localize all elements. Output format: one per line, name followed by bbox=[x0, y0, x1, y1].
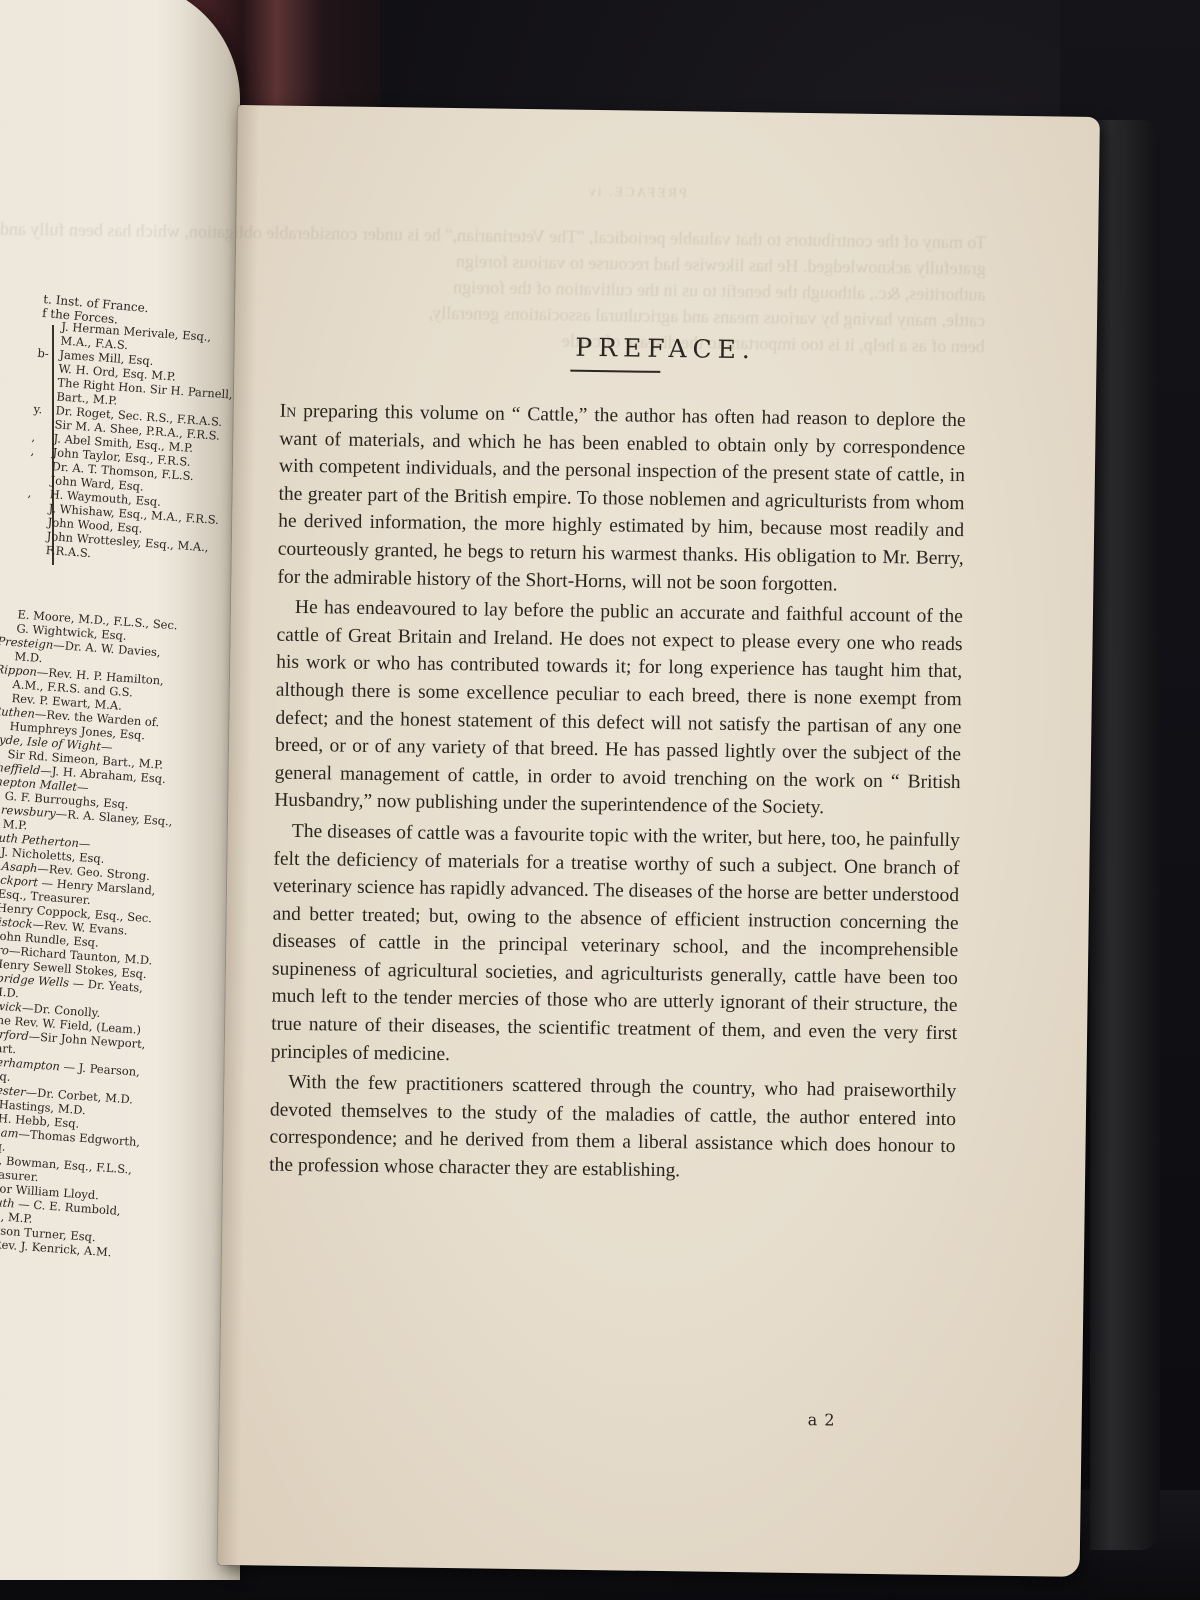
right-page: PREFACE. ivTo many of the contributors t… bbox=[218, 105, 1100, 1577]
place-name: Rippon bbox=[0, 662, 37, 679]
entry-text: — bbox=[78, 836, 90, 851]
prefix-fragment: , bbox=[27, 486, 32, 500]
paragraph-4: With the few practitioners scattered thr… bbox=[269, 1069, 956, 1189]
signature-mark: a 2 bbox=[808, 1410, 836, 1429]
paragraph-1: In preparing this volume on “ Cattle,” t… bbox=[277, 398, 966, 601]
book-cover-edge bbox=[1090, 120, 1160, 1550]
entry-text: — bbox=[101, 739, 113, 754]
preface-body: In preparing this volume on “ Cattle,” t… bbox=[269, 398, 966, 1192]
bleed-header: PREFACE. iv bbox=[287, 176, 987, 212]
place-name: Wrexham bbox=[0, 1123, 19, 1141]
drop-small-caps: In bbox=[280, 401, 297, 422]
title-rule bbox=[570, 370, 660, 373]
entry-text: M.D. bbox=[0, 984, 19, 1000]
place-name: Ruthen bbox=[0, 704, 35, 721]
paragraph-3: The diseases of cattle was a favourite t… bbox=[271, 817, 960, 1075]
entry-text: Esq. bbox=[0, 1068, 11, 1084]
prefix-fragment: y. bbox=[33, 402, 43, 417]
prefix-fragment: b- bbox=[37, 346, 49, 361]
prefix-fragment: , bbox=[31, 430, 36, 444]
entry-text: Bart. bbox=[0, 1040, 17, 1056]
place-name: Warwick bbox=[0, 997, 23, 1014]
entry-text: Esq. bbox=[0, 1138, 6, 1154]
paragraph-2: He has endeavoured to lay before the pub… bbox=[274, 594, 963, 824]
prefix-fragment: , bbox=[30, 444, 35, 458]
entry-text: — bbox=[77, 780, 89, 795]
